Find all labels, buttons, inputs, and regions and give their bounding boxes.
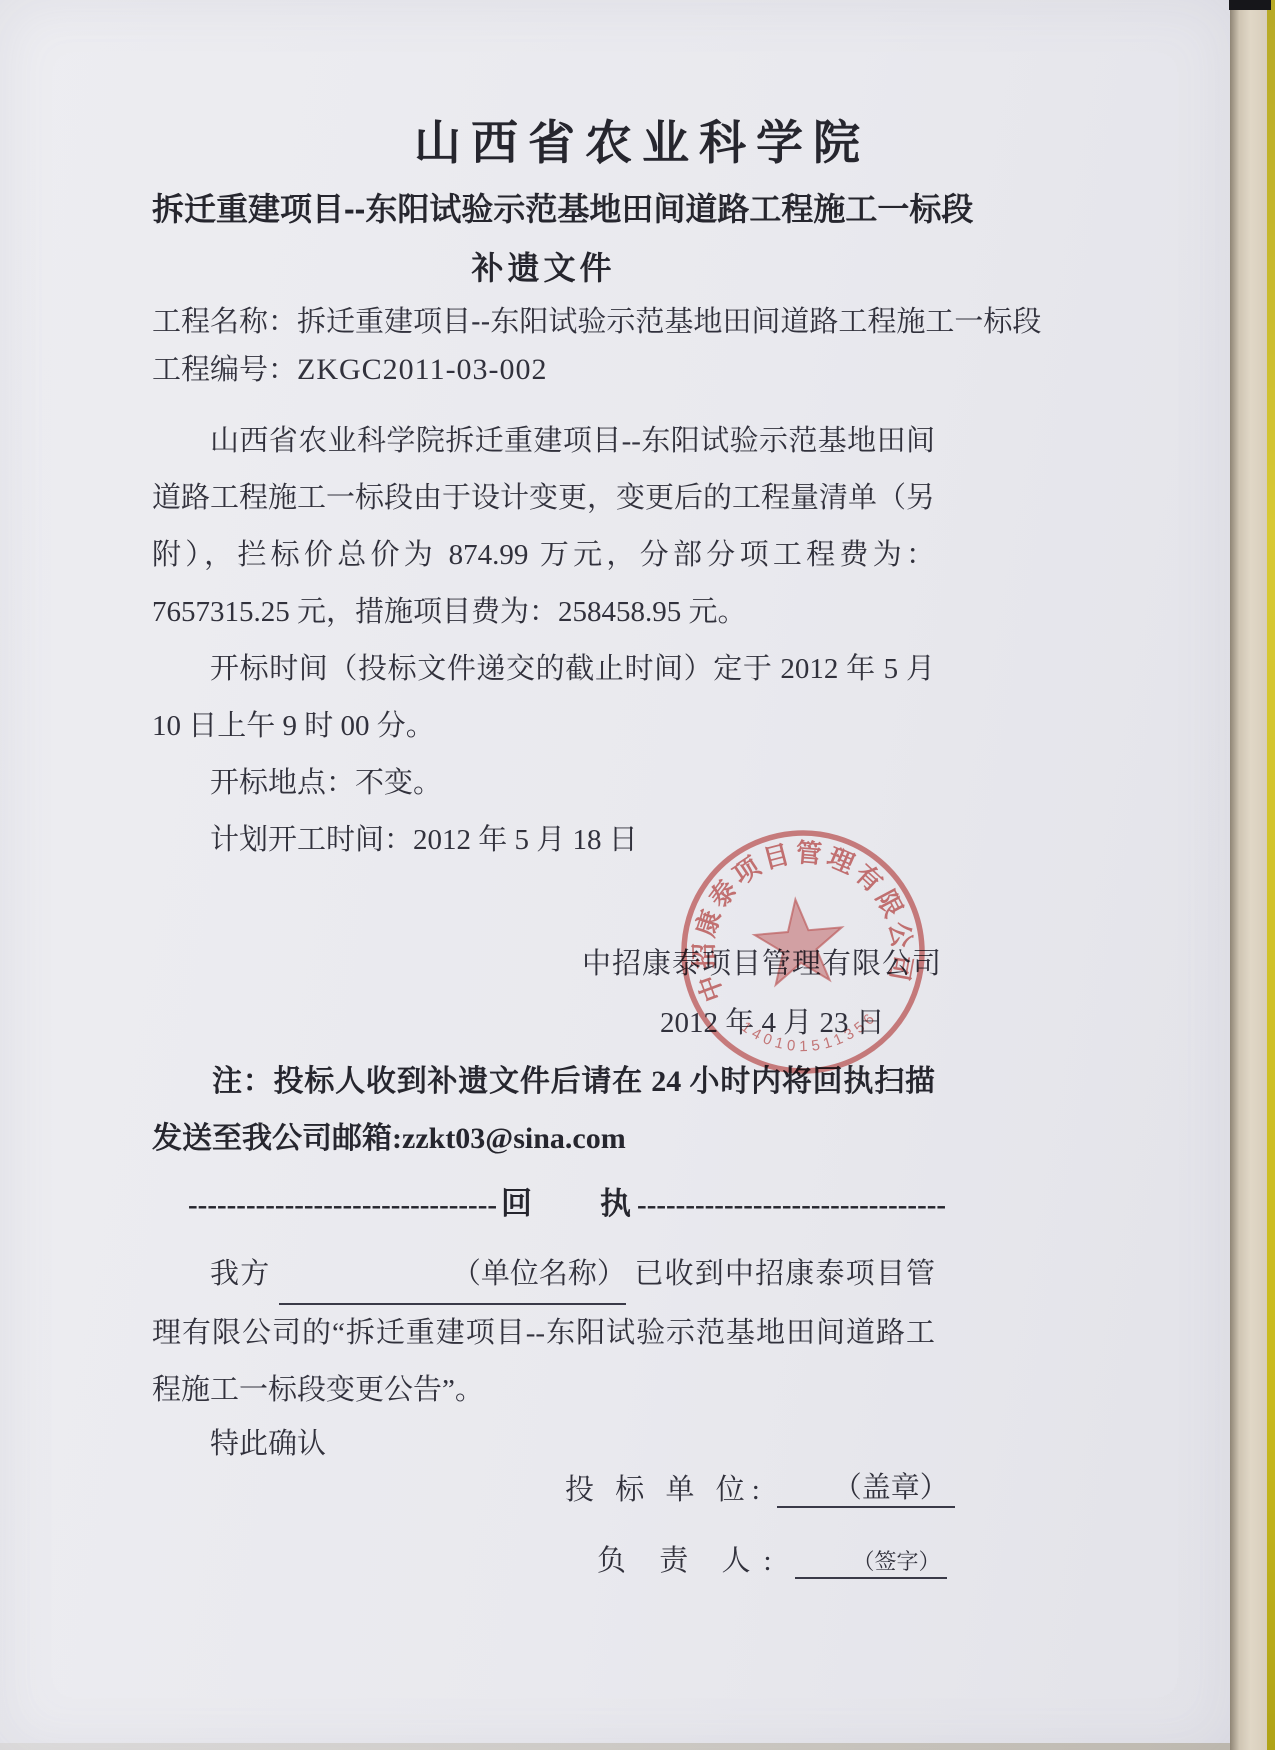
unit-name-blank-line: （单位名称） [279, 1246, 626, 1305]
company-seal-stamp: 中招康泰项目管理有限公司 140101511356 [678, 827, 930, 1077]
project-name-label: 工程名称： [152, 306, 297, 338]
principal-signature-row: 负 责 人:（签字） [597, 1538, 947, 1579]
project-number-row: 工程编号：ZKGC2011-03-002 [152, 347, 548, 388]
org-title: 山西省农业科学院 [152, 106, 1132, 173]
confirm-line: 特此确认 [210, 1421, 326, 1462]
project-name-row: 工程名称：拆迁重建项目--东阳试验示范基地田间道路工程施工一标段 [152, 299, 1041, 340]
seal-star-icon [752, 896, 846, 987]
paper-page: 山西省农业科学院 拆迁重建项目--东阳试验示范基地田间道路工程施工一标段 补遗文… [0, 0, 1230, 1750]
receipt-divider: --------------------------------回 执-----… [188, 1178, 946, 1223]
scanned-document: 山西省农业科学院 拆迁重建项目--东阳试验示范基地田间道路工程施工一标段 补遗文… [0, 0, 1275, 1750]
document-body: 山西省农业科学院拆迁重建项目--东阳试验示范基地田间道路工程施工一标段由于设计变… [152, 413, 935, 869]
page-bottom-shadow [0, 1743, 1230, 1750]
receipt-title: 回 执 [497, 1186, 637, 1221]
doc-type-title: 补遗文件 [152, 243, 935, 289]
principal-sign-hint: （签字） [853, 1549, 941, 1574]
bidder-signature-row: 投 标 单 位:（盖章） [565, 1465, 955, 1508]
unit-name-hint: （单位名称） [452, 1258, 626, 1290]
receipt-we-prefix: 我方 [210, 1258, 270, 1290]
divider-dashes-right: -------------------------------- [637, 1189, 946, 1221]
receipt-statement: 我方 （单位名称） 已收到中招康泰项目管理有限公司的“拆迁重建项目--东阳试验示… [152, 1246, 935, 1419]
body-paragraph-bid-open-time: 开标时间（投标文件递交的截止时间）定于 2012 年 5 月 10 日上午 9 … [152, 641, 935, 755]
body-paragraph-bid-open-place: 开标地点：不变。 [152, 755, 935, 812]
bidder-label: 投 标 单 位: [565, 1474, 767, 1506]
body-paragraph-change: 山西省农业科学院拆迁重建项目--东阳试验示范基地田间道路工程施工一标段由于设计变… [152, 413, 935, 641]
receipt-body: 我方 （单位名称） 已收到中招康泰项目管理有限公司的“拆迁重建项目--东阳试验示… [152, 1246, 935, 1419]
project-number-label: 工程编号： [152, 354, 297, 386]
project-title: 拆迁重建项目--东阳试验示范基地田间道路工程施工一标段 [152, 184, 935, 230]
project-number-value: ZKGC2011-03-002 [297, 353, 548, 386]
scanner-edge-yellow [1267, 0, 1275, 1750]
project-name-value: 拆迁重建项目--东阳试验示范基地田间道路工程施工一标段 [297, 306, 1041, 338]
note-email: zzkt03@sina.com [402, 1122, 626, 1155]
divider-dashes-left: -------------------------------- [188, 1189, 497, 1221]
scanner-corner-black [1229, 0, 1271, 10]
bidder-seal-hint: （盖章） [833, 1472, 949, 1504]
principal-sign-line: （签字） [795, 1544, 947, 1579]
principal-label: 负 责 人: [597, 1545, 785, 1577]
scanner-backing-strip [1230, 0, 1267, 1750]
bidder-seal-line: （盖章） [777, 1465, 955, 1508]
